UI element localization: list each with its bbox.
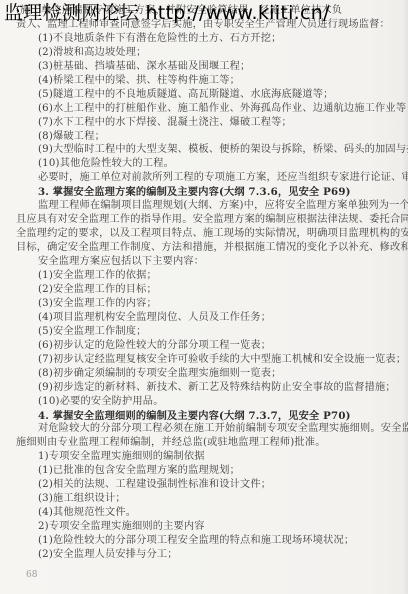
text-line: (8)初步确定须编制的专项安全监理实施细则一览表； [38,367,282,381]
document-page: (施工单位应编制专项施工方案，并附安全验算结果，经施工单位技术负责人、监理工程师… [0,0,408,594]
text-line: 目标，确定安全监理工作制度、方法和措施，并根据施工情况的变化予以补充、修改和完善… [16,241,408,255]
section-heading: 4. 掌握安全监理细则的编制及主要内容(大纲 7.3.7，见安全 P70) [38,409,351,423]
text-line: (5)隧道工程中的不良地质隧道、高瓦斯隧道、水底海底隧道等； [38,88,334,102]
text-line: 1)专项安全监理实施细则的编制依据 [38,450,205,464]
text-line: (1)不良地质条件下有潜在危险性的土方、石方开挖； [38,32,282,46]
text-line: (4)其他规范性文件。 [38,506,136,520]
text-line: (1)安全监理工作的依据； [38,269,157,283]
text-line: (7)水下工程中的水下焊接、混凝土浇注、爆破工程等； [38,116,292,130]
page-number: 68 [26,570,37,580]
text-line: (9)大型临时工程中的大型支架、模板、便桥的架设与拆除，桥梁、码头的加固与拆除； [38,143,408,157]
text-line: 且应具有对安全监理工作的指导作用。安全监理方案的编制应根据法律法规、委托合同中安 [16,213,408,227]
text-line: (4)项目监理机构安全监理岗位、人员及工作任务； [38,311,271,325]
text-line: (5)安全监理工作制度； [38,325,147,339]
text-line: (10)其他危险性较大的工程。 [38,157,174,171]
section-heading: 3. 掌握安全监理方案的编制及主要内容(大纲 7.3.6，见安全 P69) [38,185,351,199]
text-line: 对危险较大的分部分项工程必须在施工开始前编制专项安全监理实施细则。安全监理实 [38,422,408,436]
text-line: (7)初步认定经监理复核安全许可验收手续的大中型施工机械和安全设施一览表； [38,353,406,367]
text-line: (4)桥梁工程中的梁、拱、柱等构件施工等； [38,74,240,88]
text-line: (1)已批准的包含安全监理方案的监理规划； [38,464,240,478]
text-line: (3)施工组织设计； [38,492,126,506]
text-line: (2)安全监理工作的目标； [38,283,157,297]
text-line: (8)爆破工程； [38,130,105,144]
text-line: (6)水上工程中的打桩船作业、施工船作业、外海孤岛作业、边通航边施工作业等； [38,102,408,116]
text-line: (2)滑坡和高边坡处理； [38,46,147,60]
scan-edge-shadow [402,0,408,594]
text-line: (1)危险性较大的分部分项工程安全监理的特点和施工现场环境状况； [38,534,354,548]
text-line: 监理工程师在编制项目监理规划(大纲、方案)中，应将安全监理方案单独列为一个章节， [38,199,408,213]
text-line: (9)初步选定的新材料、新技术、新工艺及特殊结构防止安全事故的监督措施； [38,381,396,395]
text-line: 安全监理方案应包括以下主要内容： [38,255,204,269]
text-line: (3)桩基础、挡墙基础、深水基础及围堰工程； [38,60,250,74]
text-line: 全监理约定的要求，以及工程项目特点、施工现场的实际情况，明确项目监理机构的安全监… [16,227,408,241]
text-line: (10)必要的安全防护用品。 [38,395,164,409]
text-line: (2)安全监理人员安排与分工； [38,548,178,562]
text-line: (6)初步认定的危险性较大的分部分项工程一览表； [38,339,271,353]
text-line: 施细则由专业监理工程师编制，并经总监(或驻地监理工程师)批准。 [16,436,326,450]
watermark-text: 监理检测网论坛 http://www.kiiti.cn/ [4,2,330,24]
text-line: 必要时，施工单位对前款所列工程的专项施工方案，还应当组织专家进行论证、审查。 [38,171,408,185]
text-line: (2)相关的法规、工程建设强制性标准和设计文件； [38,478,271,492]
text-line: 2)专项安全监理实施细则的主要内容 [38,520,205,534]
text-line: (3)安全监理工作的内容； [38,297,157,311]
